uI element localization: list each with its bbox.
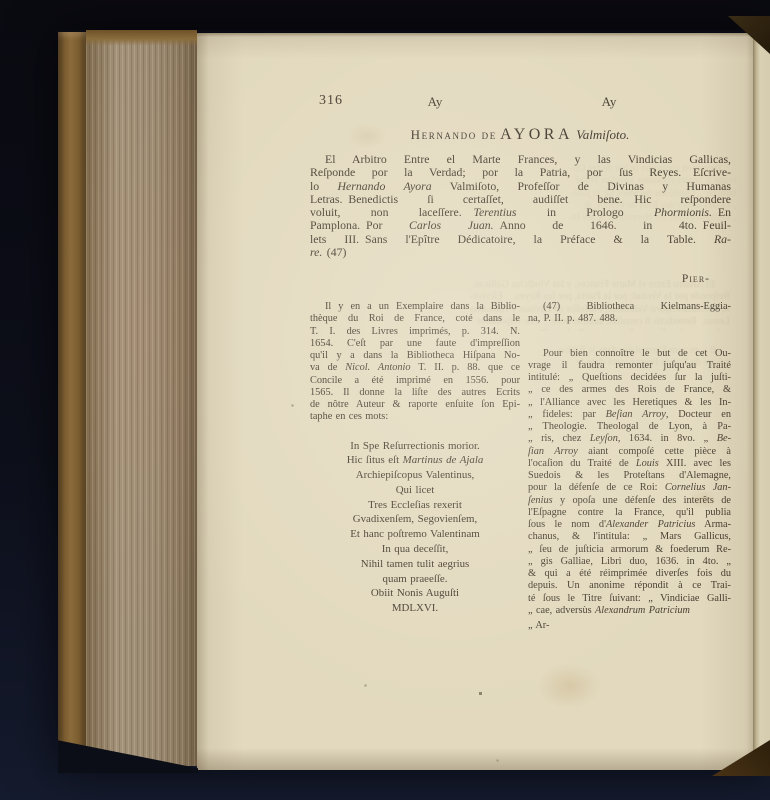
article-title: Hernando de AYORA Valmiſoto. (310, 126, 730, 144)
right-column: (47) Bibliotheca Kielmans-Eggia-na, P. I… (528, 301, 731, 632)
book-binding-edge (58, 32, 86, 766)
catchword-pier: Pier- (310, 273, 710, 285)
page-number: 316 (319, 93, 343, 109)
page-content: 316 Ay Ay Hernando de AYORA Valmiſoto. E… (197, 33, 753, 770)
intro-paragraph: El Arbitro Entre el Marte Frances, y las… (310, 153, 731, 259)
epitaph: In Spe Reſurrectionis morior.Hic ſitus e… (310, 439, 520, 617)
left-column: Il y en a un Exemplaire dans la Biblio-t… (310, 301, 520, 616)
footnote-47: (47) Bibliotheca Kielmans-Eggia-na, P. I… (528, 301, 731, 326)
book-fore-edge-cap (86, 30, 197, 46)
book: Pour bien connoître le but de cet Ou-vra… (58, 30, 770, 770)
commentary-paragraph: Pour bien connoître le but de cet Ou-vra… (528, 348, 731, 633)
book-fore-edge (86, 36, 197, 766)
book-page: Pour bien connoître le but de cet Ou-vra… (197, 33, 753, 770)
paper-specks (197, 33, 198, 34)
bibliographic-note: Il y en a un Exemplaire dans la Biblio-t… (310, 301, 520, 424)
catchword-pier-text: Pier- (682, 273, 710, 285)
running-title-right: Ay (589, 94, 629, 110)
running-title-left: Ay (415, 94, 455, 110)
adjacent-page-sliver (753, 33, 770, 770)
photograph-background: Pour bien connoître le but de cet Ou-vra… (0, 0, 770, 800)
